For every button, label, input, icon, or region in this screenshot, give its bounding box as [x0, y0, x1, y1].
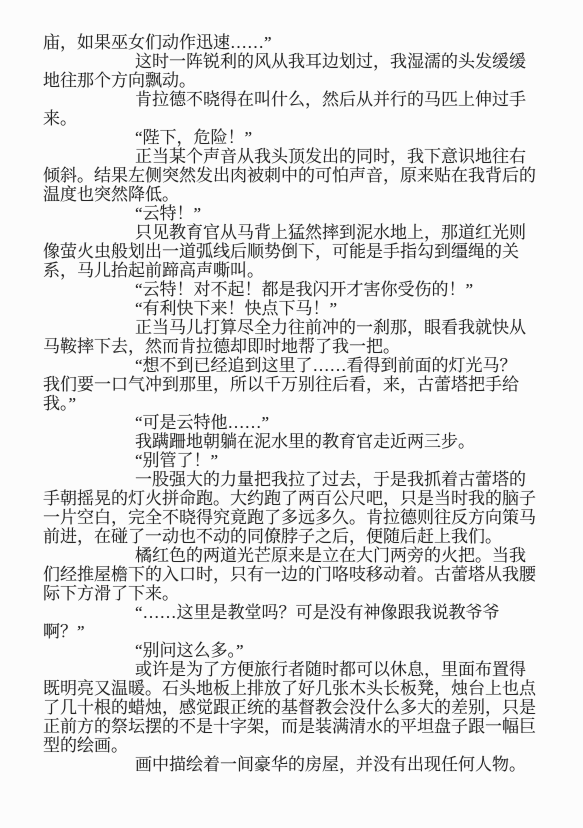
- text-line: “别问这么多。”: [43, 641, 543, 660]
- text-line: “有利快下来！快点下马！”: [43, 299, 543, 318]
- text-line: 一股强大的力量把我拉了过去，于是我抓着古蕾塔的: [43, 470, 543, 489]
- text-line: 我们要一口气冲到那里，所以千万别往后看，来，古蕾塔把手给: [43, 375, 543, 394]
- text-line: 了几十根的蜡烛，感觉跟正统的基督教会没什么多大的差别，只是: [43, 698, 543, 717]
- text-line: “想不到已经追到这里了……看得到前面的灯光马？: [43, 356, 543, 375]
- text-line: 这时一阵锐利的风从我耳边划过，我湿濡的头发缓缓: [43, 52, 543, 71]
- text-line: 像萤火虫般划出一道弧线后顺势倒下，可能是手指勾到缰绳的关: [43, 242, 543, 261]
- text-line: 来。: [43, 109, 543, 128]
- text-line: “云特！”: [43, 204, 543, 223]
- text-line: 一片空白，完全不晓得究竟跑了多远多久。肯拉德则往反方向策马: [43, 508, 543, 527]
- text-line: 我。”: [43, 394, 543, 413]
- text-line: 正当某个声音从我头顶发出的同时，我下意识地往右: [43, 147, 543, 166]
- text-block: 庙，如果巫女们动作迅速……”这时一阵锐利的风从我耳边划过，我湿濡的头发缓缓地往那…: [43, 33, 543, 774]
- text-line: 们经推屋檐下的入口时，只有一边的门咯吱移动着。古蕾塔从我腰: [43, 565, 543, 584]
- text-line: “云特！对不起！都是我闪开才害你受伤的！”: [43, 280, 543, 299]
- text-line: 啊？”: [43, 622, 543, 641]
- text-line: 型的绘画。: [43, 736, 543, 755]
- text-line: 正当马儿打算尽全力往前冲的一刹那，眼看我就快从: [43, 318, 543, 337]
- text-line: 只见教育官从马背上猛然摔到泥水地上，那道红光则: [43, 223, 543, 242]
- text-line: “陛下，危险！”: [43, 128, 543, 147]
- text-line: 系，马儿抬起前蹄高声嘶叫。: [43, 261, 543, 280]
- text-line: 手朝摇晃的灯火拼命跑。大约跑了两百公尺吧，只是当时我的脑子: [43, 489, 543, 508]
- text-line: 地往那个方向飘动。: [43, 71, 543, 90]
- text-line: 或许是为了方便旅行者随时都可以休息，里面布置得: [43, 660, 543, 679]
- text-line: 橘红色的两道光芒原来是立在大门两旁的火把。当我: [43, 546, 543, 565]
- text-line: 既明亮又温暖。石头地板上排放了好几张木头长板凳，烛台上也点: [43, 679, 543, 698]
- text-line: 肯拉德不晓得在叫什么，然后从并行的马匹上伸过手: [43, 90, 543, 109]
- novel-page: 庙，如果巫女们动作迅速……”这时一阵锐利的风从我耳边划过，我湿濡的头发缓缓地往那…: [0, 0, 583, 828]
- text-line: 倾斜。结果左侧突然发出肉被刺中的可怕声音，原来贴在我背后的: [43, 166, 543, 185]
- text-line: “别管了！”: [43, 451, 543, 470]
- text-line: 庙，如果巫女们动作迅速……”: [43, 33, 543, 52]
- text-line: 我蹒跚地朝躺在泥水里的教育官走近两三步。: [43, 432, 543, 451]
- text-line: 温度也突然降低。: [43, 185, 543, 204]
- text-line: 际下方滑了下来。: [43, 584, 543, 603]
- text-line: “……这里是教堂吗？可是没有神像跟我说教爷爷: [43, 603, 543, 622]
- text-line: 正前方的祭坛摆的不是十字架，而是装满清水的平坦盘子跟一幅巨: [43, 717, 543, 736]
- text-line: 画中描绘着一间豪华的房屋，并没有出现任何人物。: [43, 755, 543, 774]
- text-line: “可是云特他……”: [43, 413, 543, 432]
- text-line: 前进，在碰了一动也不动的同僚脖子之后，便随后赶上我们。: [43, 527, 543, 546]
- text-line: 马鞍摔下去，然而肯拉德却即时地帮了我一把。: [43, 337, 543, 356]
